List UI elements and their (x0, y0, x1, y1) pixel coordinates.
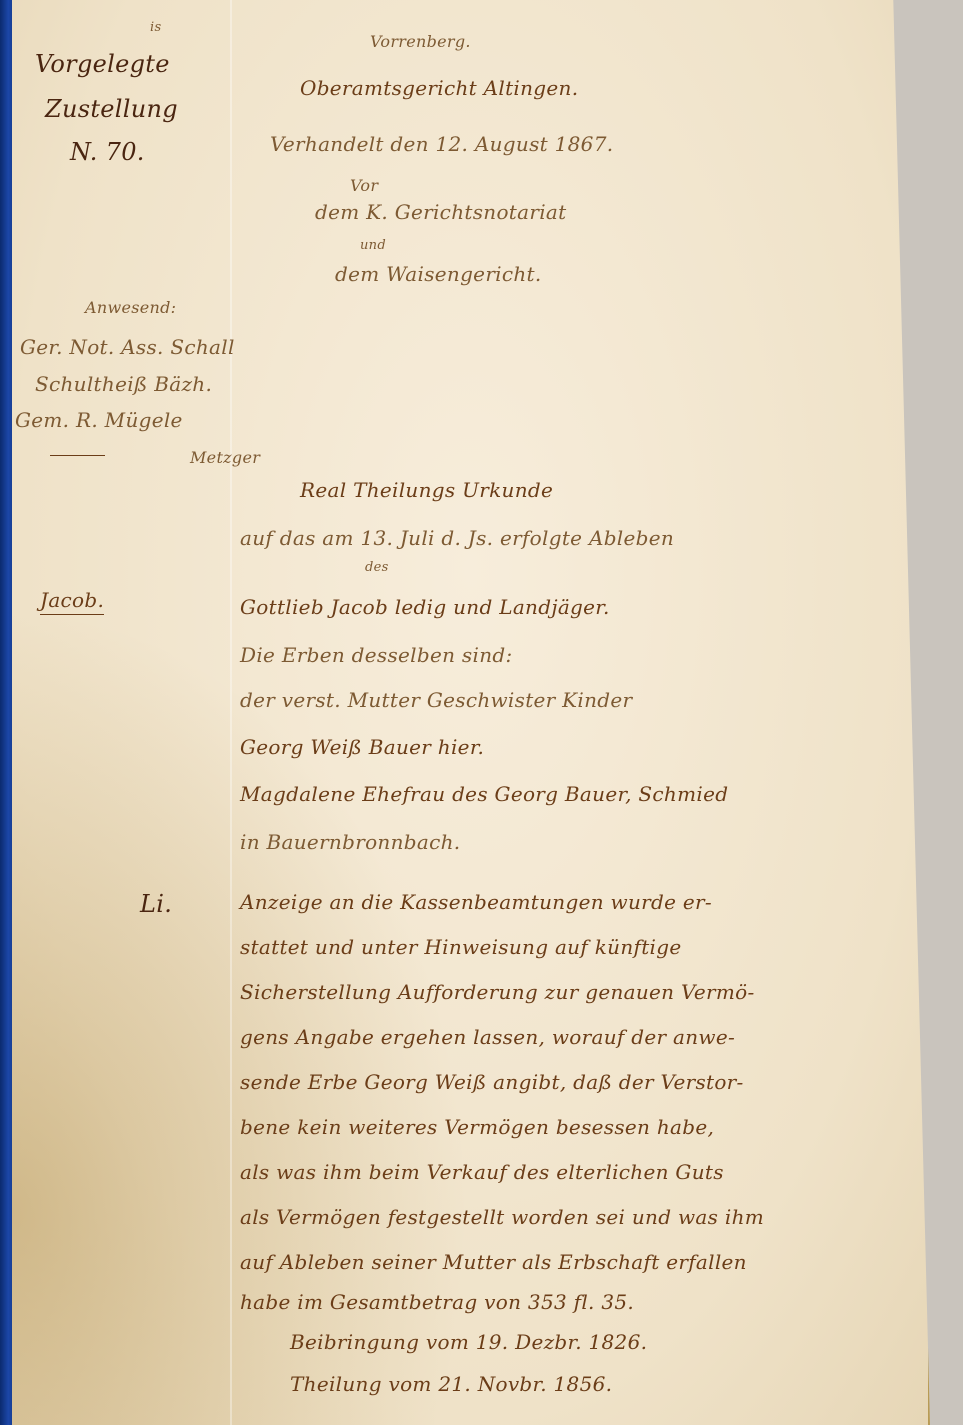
margin-heading-line-2: Zustellung (45, 95, 178, 123)
margin-heading-line-1: Vorgelegte (35, 50, 170, 78)
body-line-5: sende Erbe Georg Weiß angibt, daß der Ve… (240, 1070, 744, 1094)
header-notary: dem K. Gerichtsnotariat (315, 200, 566, 224)
heir-line-1: der verst. Mutter Geschwister Kinder (240, 688, 632, 712)
header-orphan-court: dem Waisengericht. (335, 262, 542, 286)
present-member-4: Metzger (190, 448, 260, 467)
des-label: des (365, 560, 389, 575)
body-line-2: stattet und unter Hinweisung auf künftig… (240, 935, 681, 959)
footer-line-2: Theilung vom 21. Novbr. 1856. (290, 1372, 612, 1396)
body-line-10: habe im Gesamtbetrag von 353 fl. 35. (240, 1290, 634, 1314)
body-line-3: Sicherstellung Aufforderung zur genauen … (240, 980, 755, 1004)
heir-line-3: Magdalene Ehefrau des Georg Bauer, Schmi… (240, 782, 728, 806)
book-binding (0, 0, 14, 1425)
header-before: Vor (350, 176, 378, 195)
margin-section-mark: Li. (140, 890, 172, 918)
header-place: Vorrenberg. (370, 32, 471, 51)
footer-line-1: Beibringung vom 19. Dezbr. 1826. (290, 1330, 647, 1354)
document-subtitle: auf das am 13. Juli d. Js. erfolgte Able… (240, 526, 674, 550)
body-line-1: Anzeige an die Kassenbeamtungen wurde er… (240, 890, 712, 914)
body-line-9: auf Ableben seiner Mutter als Erbschaft … (240, 1250, 747, 1274)
heirs-intro: Die Erben desselben sind: (240, 643, 513, 667)
margin-heading-number: N. 70. (70, 138, 145, 166)
header-date-line: Verhandelt den 12. August 1867. (270, 132, 613, 156)
body-line-4: gens Angabe ergehen lassen, worauf der a… (240, 1025, 735, 1049)
deceased-name: Gottlieb Jacob ledig und Landjäger. (240, 595, 610, 619)
margin-name: Jacob. (40, 588, 104, 615)
heir-line-2: Georg Weiß Bauer hier. (240, 735, 484, 759)
header-and: und (360, 238, 386, 253)
present-label: Anwesend: (85, 298, 176, 317)
body-line-6: bene kein weiteres Vermögen besessen hab… (240, 1115, 714, 1139)
present-member-2: Schultheiß Bäzh. (35, 372, 212, 396)
body-line-8: als Vermögen festgestellt worden sei und… (240, 1205, 764, 1229)
divider-line (50, 455, 105, 456)
header-court: Oberamtsgericht Altingen. (300, 76, 578, 100)
present-member-1: Ger. Not. Ass. Schall (20, 335, 235, 359)
present-member-3: Gem. R. Mügele (15, 408, 183, 432)
page-fold-line (230, 0, 232, 1425)
heir-line-4: in Bauernbronnbach. (240, 830, 460, 854)
body-line-7: als was ihm beim Verkauf des elterlichen… (240, 1160, 724, 1184)
document-title: Real Theilungs Urkunde (300, 478, 553, 502)
margin-heading-superscript: is (150, 20, 161, 35)
